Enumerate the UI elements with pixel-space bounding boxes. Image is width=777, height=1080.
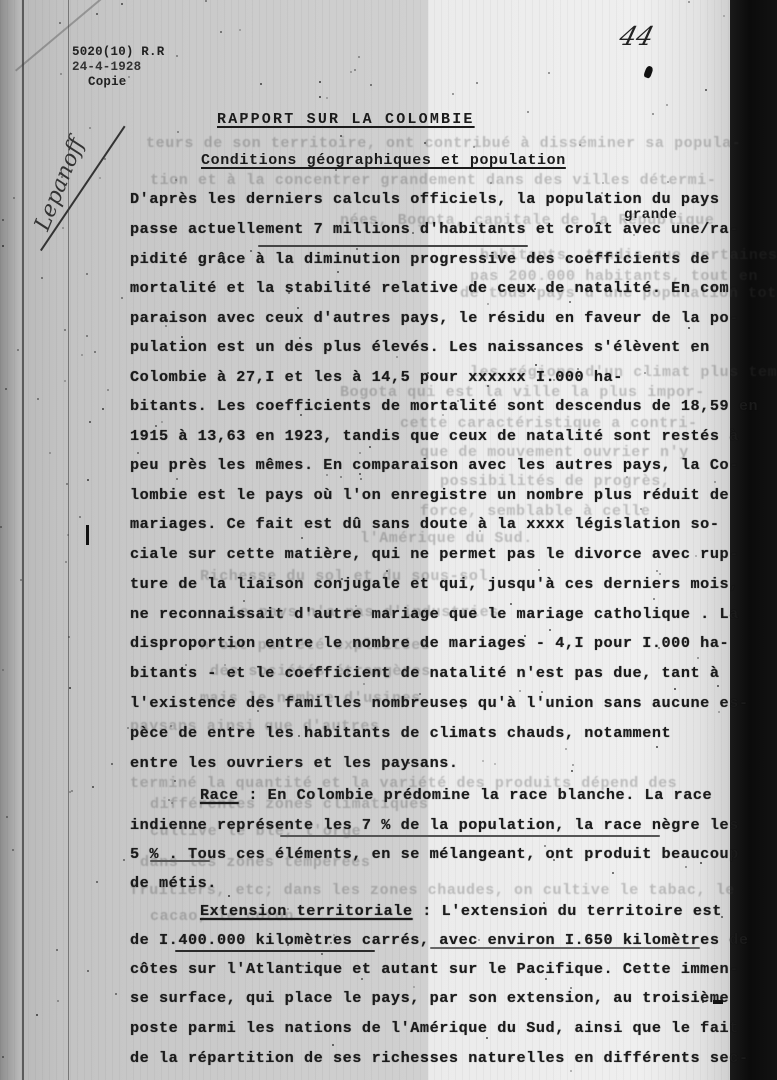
scan-speck	[17, 349, 19, 351]
scan-speck	[442, 414, 444, 416]
scan-speck	[527, 111, 529, 113]
body-line: entre les ouvriers et les paysans.	[130, 754, 700, 772]
scan-speck	[723, 15, 725, 17]
scan-speck	[297, 307, 299, 309]
scan-speck	[121, 3, 123, 5]
scan-speck	[407, 319, 409, 321]
scan-speck	[358, 56, 360, 58]
scan-speck	[569, 301, 571, 303]
scan-speck	[674, 688, 676, 690]
scan-speck	[71, 790, 73, 792]
scan-speck	[408, 762, 410, 764]
scan-speck	[354, 69, 356, 71]
scan-speck	[702, 1001, 704, 1003]
scan-speck	[179, 259, 181, 261]
scan-speck	[301, 537, 303, 539]
scan-speck	[258, 436, 260, 438]
scan-speck	[359, 473, 361, 475]
scan-speck	[86, 273, 88, 275]
scan-speck	[49, 452, 51, 454]
scan-speck	[356, 248, 358, 250]
extension-paragraph-line: poste parmi les nations de l'Amérique du…	[130, 1019, 700, 1037]
scan-speck	[412, 232, 414, 234]
scan-speck	[64, 329, 66, 331]
body-line: lombie est le pays où l'on enregistre un…	[130, 486, 700, 504]
scan-speck	[565, 748, 567, 750]
scan-speck	[510, 603, 512, 605]
scan-speck	[64, 380, 66, 382]
race-paragraph-line: de métis.	[130, 874, 700, 892]
scan-speck	[697, 657, 699, 659]
scan-speck	[572, 764, 574, 766]
scan-speck	[602, 910, 604, 912]
scan-speck	[579, 144, 581, 146]
scan-speck	[257, 710, 259, 712]
scan-speck	[546, 998, 548, 1000]
scan-speck	[666, 104, 668, 106]
race-paragraph-line: indienne représente les 7 % de la popula…	[130, 816, 700, 834]
scan-speck	[659, 573, 661, 575]
scan-speck	[479, 530, 481, 532]
scan-speck	[87, 970, 89, 972]
scan-speck	[96, 881, 98, 883]
scan-speck	[406, 526, 408, 528]
scan-speck	[319, 96, 321, 98]
scan-speck	[319, 81, 321, 83]
scan-speck	[161, 421, 163, 423]
body-line: D'après les derniers calculs officiels, …	[130, 190, 700, 208]
body-line: bitants. Les coefficients de mortalité s…	[130, 397, 700, 415]
scan-speck	[560, 379, 562, 381]
scan-speck	[128, 76, 130, 78]
scan-speck	[642, 1023, 644, 1025]
scan-speck	[224, 664, 226, 666]
scan-speck	[705, 89, 707, 91]
scan-speck	[181, 434, 183, 436]
scan-speck	[251, 1055, 253, 1057]
scan-speck	[478, 939, 480, 941]
scan-speck	[548, 72, 550, 74]
scan-speck	[67, 534, 69, 536]
scan-speck	[168, 799, 170, 801]
scan-speck	[644, 372, 646, 374]
scan-speck	[6, 816, 8, 818]
scan-speck	[494, 763, 496, 765]
scan-speck	[298, 735, 300, 737]
scan-speck	[544, 845, 546, 847]
scan-speck	[370, 84, 372, 86]
scan-speck	[123, 859, 125, 861]
scan-speck	[127, 727, 129, 729]
scan-speck	[511, 1057, 513, 1059]
scan-speck	[402, 704, 404, 706]
scan-speck	[341, 578, 343, 580]
race-paragraph-first-line: Race : En Colombie prédomine la race bla…	[200, 786, 770, 804]
scan-speck	[360, 478, 362, 480]
scan-speck	[2, 245, 4, 247]
scan-speck	[337, 271, 339, 273]
scan-speck	[424, 142, 426, 144]
scan-speck	[170, 725, 172, 727]
scan-speck	[175, 179, 177, 181]
scan-speck	[288, 292, 290, 294]
scan-speck	[177, 131, 179, 133]
scan-speck	[2, 1056, 4, 1058]
scan-speck	[685, 866, 687, 868]
scan-speck	[332, 1044, 334, 1046]
scan-speck	[571, 770, 573, 772]
scan-speck	[721, 916, 723, 918]
scan-speck	[205, 0, 207, 2]
scan-speck	[61, 176, 63, 178]
scan-speck	[96, 13, 98, 15]
scan-speck	[111, 763, 113, 765]
scan-speck	[282, 198, 284, 200]
scan-speck	[629, 706, 631, 708]
body-line: pulation est un des plus élevés. Les nai…	[130, 338, 700, 356]
body-line: bitants - et le coefficient de natalité …	[130, 664, 700, 682]
scan-speck	[340, 135, 342, 137]
scan-speck	[487, 303, 489, 305]
scan-speck	[102, 408, 104, 410]
scan-speck	[525, 345, 527, 347]
scan-speck	[243, 600, 245, 602]
bleed-through-line: tion et à la concentrer grandement dans …	[150, 172, 717, 189]
scan-speck	[260, 83, 262, 85]
scan-speck	[165, 325, 167, 327]
scan-speck	[640, 508, 642, 510]
reference-date: 24-4-1928	[72, 60, 141, 75]
scan-speck	[535, 364, 537, 366]
scan-speck	[239, 29, 241, 31]
scan-speck	[99, 177, 101, 179]
scan-speck	[359, 452, 361, 454]
body-line: peu près les mêmes. En comparaison avec …	[130, 456, 700, 474]
scan-speck	[181, 336, 183, 338]
body-line: l'existence des familles nombreuses qu'à…	[130, 694, 700, 712]
scan-speck	[300, 414, 302, 416]
body-line: ne reconnaissait d'autre mariage que le …	[130, 605, 700, 623]
scan-speck	[688, 327, 690, 329]
scan-speck	[121, 297, 123, 299]
scan-speck	[656, 746, 658, 748]
scan-speck	[541, 691, 543, 693]
scan-speck	[299, 337, 301, 339]
scan-speck	[667, 181, 669, 183]
scan-speck	[718, 711, 720, 713]
scan-speck	[602, 182, 604, 184]
scan-speck	[545, 978, 547, 980]
scan-speck	[692, 350, 694, 352]
scan-speck	[577, 368, 579, 370]
scan-speck	[369, 446, 371, 448]
scan-speck	[228, 895, 230, 897]
scan-speck	[497, 642, 499, 644]
pencil-underline	[175, 950, 375, 952]
scan-speck	[508, 827, 510, 829]
body-line: mariages. Ce fait est dû sans doute à la…	[130, 515, 700, 533]
section-heading: Conditions géographiques et population	[201, 152, 566, 169]
scan-speck	[653, 598, 655, 600]
extension-paragraph-line: côtes sur l'Atlantique et autant sur le …	[130, 960, 700, 978]
scan-speck	[92, 786, 94, 788]
scan-speck	[713, 285, 715, 287]
scan-speck	[549, 629, 551, 631]
scan-speck	[185, 664, 187, 666]
body-line: paraison avec ceux d'autres pays, le rés…	[130, 309, 700, 327]
scan-speck	[490, 182, 492, 184]
scan-speck	[171, 802, 173, 804]
scan-speck	[333, 934, 335, 936]
scan-speck	[476, 82, 478, 84]
scan-speck	[174, 780, 176, 782]
body-line: pidité grâce à la diminution progressive…	[130, 250, 700, 268]
scan-speck	[68, 636, 70, 638]
scan-speck	[107, 389, 109, 391]
scan-speck	[81, 354, 83, 356]
scan-speck	[89, 127, 91, 129]
scan-speck	[437, 433, 439, 435]
scan-speck	[176, 478, 178, 480]
pencil-underline	[258, 245, 528, 247]
scan-speck	[688, 1, 690, 3]
scan-speck	[609, 1030, 611, 1032]
scan-speck	[652, 113, 654, 115]
scan-speck	[355, 605, 357, 607]
scan-speck	[246, 113, 248, 115]
pencil-underline	[430, 947, 700, 949]
scan-speck	[457, 400, 459, 402]
scan-speck	[65, 561, 67, 563]
scan-speck	[20, 579, 22, 581]
scan-speck	[2, 219, 4, 221]
scan-speck	[87, 479, 89, 481]
scan-speck	[570, 987, 572, 989]
scan-speck	[419, 693, 421, 695]
scan-speck	[155, 425, 157, 427]
scan-speck	[94, 351, 96, 353]
scan-speck	[89, 421, 91, 423]
scan-speck	[473, 146, 475, 148]
scan-speck	[318, 407, 320, 409]
scan-speck	[326, 97, 328, 99]
body-line: pèce de entre les habitants de climats c…	[130, 724, 700, 742]
scan-speck	[5, 388, 7, 390]
scan-speck	[340, 476, 342, 478]
scan-speck	[137, 452, 139, 454]
scan-speck	[350, 71, 352, 73]
scan-speck	[60, 73, 62, 75]
scan-speck	[538, 569, 540, 571]
scan-speck	[79, 516, 81, 518]
scan-speck	[482, 760, 484, 762]
pencil-underline	[280, 835, 660, 837]
margin-dash-mark	[713, 1000, 723, 1004]
scan-speck	[287, 944, 289, 946]
scan-speck	[302, 965, 304, 967]
reference-number: 5020(10) R.R	[72, 45, 164, 60]
scan-speck	[69, 687, 71, 689]
body-line: mortalité et la stabilité relative de ce…	[130, 279, 700, 297]
scan-speck	[427, 372, 429, 374]
scan-speck	[287, 908, 289, 910]
scan-speck	[59, 22, 61, 24]
scan-speck	[461, 707, 463, 709]
scan-speck	[333, 557, 335, 559]
scan-speck	[386, 570, 388, 572]
scan-speck	[13, 197, 15, 199]
body-line: Colombie à 27,I et les à 14,5 pour xxxxx…	[130, 368, 700, 386]
extension-paragraph-line: se surface, qui place le pays, par son e…	[130, 989, 700, 1007]
scan-speck	[223, 262, 225, 264]
scan-speck	[413, 986, 415, 988]
scan-speck	[701, 964, 703, 966]
scan-speck	[524, 635, 526, 637]
scan-speck	[86, 335, 88, 337]
scan-speck	[326, 474, 328, 476]
body-line: disproportion entre le nombre de mariage…	[130, 634, 700, 652]
scan-speck	[220, 31, 222, 33]
scan-speck	[57, 1000, 59, 1002]
margin-tick-mark	[86, 525, 89, 545]
body-line: passe actuellement 7 millions d'habitant…	[130, 220, 700, 238]
bleed-through-line: teurs de son territoire, ont contribué à…	[146, 135, 741, 152]
scan-speck	[104, 158, 106, 160]
body-line: 1915 à 13,63 en 1923, tandis que ceux de…	[130, 427, 700, 445]
scan-speck	[56, 949, 58, 951]
scan-speck	[537, 492, 539, 494]
body-line: ciale sur cette matière, qui ne permet p…	[130, 545, 700, 563]
document-title: RAPPORT SUR LA COLOMBIE	[217, 111, 475, 128]
scan-speck	[519, 690, 521, 692]
scan-speck	[551, 225, 553, 227]
copy-label: Copie	[88, 75, 127, 90]
scan-speck	[382, 340, 384, 342]
scan-speck	[164, 610, 166, 612]
page-edge-line	[22, 0, 24, 1080]
race-paragraph-line: 5 % . Tous ces éléments, en se mélangean…	[130, 845, 700, 863]
extension-paragraph-line: de la répartition de ses richesses natur…	[130, 1049, 700, 1067]
extension-paragraph-first-line: Extension territoriale : L'extension du …	[200, 902, 770, 920]
pencil-underline	[150, 860, 210, 862]
race-heading: Race	[200, 786, 239, 804]
scan-speck	[534, 288, 536, 290]
scan-speck	[363, 683, 365, 685]
scan-speck	[176, 55, 178, 57]
scan-speck	[166, 319, 168, 321]
scan-speck	[717, 685, 719, 687]
scan-speck	[486, 1037, 488, 1039]
scan-speck	[330, 942, 332, 944]
scan-speck	[553, 379, 555, 381]
scan-speck	[115, 993, 117, 995]
scan-speck	[37, 398, 39, 400]
scan-speck	[196, 827, 198, 829]
scan-speck	[12, 849, 14, 851]
scan-speck	[66, 483, 68, 485]
scan-speck	[396, 356, 398, 358]
scan-speck	[658, 647, 660, 649]
scan-speck	[200, 380, 202, 382]
scan-speck	[695, 555, 697, 557]
scan-speck	[649, 285, 651, 287]
scan-speck	[0, 526, 2, 528]
scan-speck	[601, 192, 603, 194]
scan-speck	[543, 902, 545, 904]
scan-speck	[570, 1070, 572, 1072]
scan-speck	[41, 277, 43, 279]
scan-speck	[335, 169, 337, 171]
scan-speck	[656, 570, 658, 572]
scan-speck	[36, 1014, 38, 1016]
body-line: ture de la liaison conjugale et qui, jus…	[130, 575, 700, 593]
scan-speck	[714, 481, 716, 483]
scan-speck	[553, 859, 555, 861]
scan-speck	[687, 643, 689, 645]
scan-speck	[321, 953, 323, 955]
scan-speck	[2, 669, 4, 671]
scan-speck	[487, 385, 489, 387]
scan-speck	[700, 862, 702, 864]
extension-heading: Extension territoriale	[200, 902, 413, 920]
scan-speck	[452, 93, 454, 95]
scan-speck	[445, 583, 447, 585]
scan-speck	[612, 872, 614, 874]
scan-speck	[633, 234, 635, 236]
scan-speck	[361, 978, 363, 980]
scan-speck	[626, 476, 628, 478]
scan-speck	[62, 227, 64, 229]
scan-speck	[250, 250, 252, 252]
